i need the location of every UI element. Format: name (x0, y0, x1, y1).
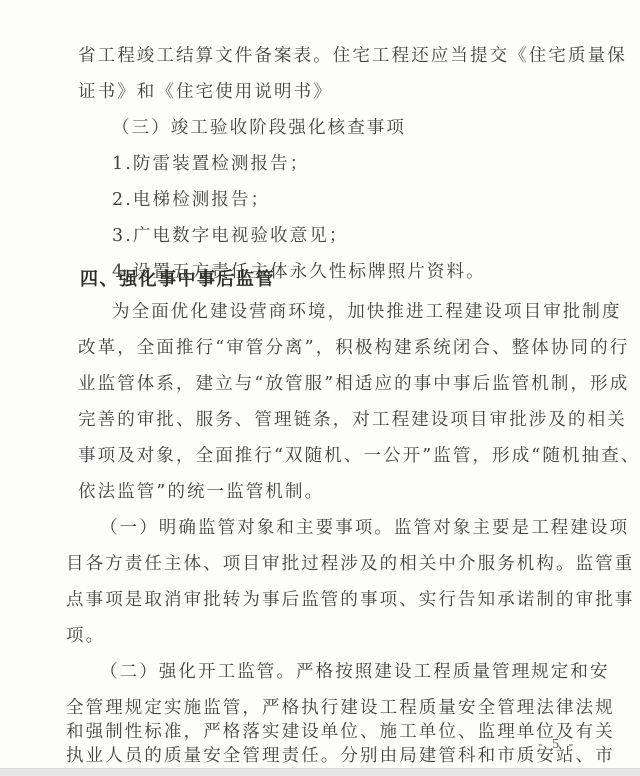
section-heading: 四、强化事中事后监管 (80, 268, 275, 292)
paragraph-line: 全管理规定实施监管，严格执行建设工程质量安全管理法律法规 (66, 696, 615, 720)
page-bottom-edge (0, 768, 640, 776)
list-item: 1.防雷装置检测报告； (112, 152, 309, 176)
paragraph-line: 完善的审批、服务、管理链条，对工程建设项目审批涉及的相关 (78, 408, 627, 432)
paragraph-line: 为全面优化建设营商环境，加快推进工程建设项目审批制度 (112, 300, 622, 324)
page-number: - 5 - (538, 737, 576, 753)
paragraph-line: 改革，全面推行“审管分离”，积极构建系统闭合、整体协同的行 (78, 336, 629, 360)
paragraph-line: 目各方责任主体、项目审批过程涉及的相关中介服务机构。监管重 (66, 552, 634, 576)
paragraph-line: 项。 (66, 624, 105, 648)
document-page: 省工程竣工结算文件备案表。住宅工程还应当提交《住宅质量保 证书》和《住宅使用说明… (0, 0, 640, 768)
paragraph-line: 依法监管”的统一监管机制。 (78, 480, 324, 504)
paragraph-line: 点事项是取消审批转为事后监管的事项、实行告知承诺制的审批事 (66, 588, 634, 612)
paragraph-line: 和强制性标准，严格落实建设单位、施工单位、监理单位及有关 (66, 720, 615, 744)
paragraph-line: 证书》和《住宅使用说明书》 (78, 80, 333, 104)
list-item: 3.广电数字电视验收意见； (112, 224, 349, 248)
paragraph-line: 业监管体系，建立与“放管服”相适应的事中事后监管机制，形成 (78, 372, 629, 396)
paragraph-line: （二）强化开工监管。严格按照建设工程质量管理规定和安 (100, 660, 610, 684)
subsection-heading: （三）竣工验收阶段强化核查事项 (112, 116, 406, 140)
paragraph-line: 省工程竣工结算文件备案表。住宅工程还应当提交《住宅质量保 (78, 44, 627, 68)
paragraph-line: （一）明确监管对象和主要事项。监管对象主要是工程建设项 (100, 516, 629, 540)
paragraph-line: 执业人员的质量安全管理责任。分别由局建管科和市质安站、市 (66, 744, 615, 768)
paragraph-line: 事项及对象，全面推行“双随机、一公开”监管，形成“随机抽查、 (78, 444, 640, 468)
list-item: 2.电梯检测报告； (112, 188, 270, 212)
